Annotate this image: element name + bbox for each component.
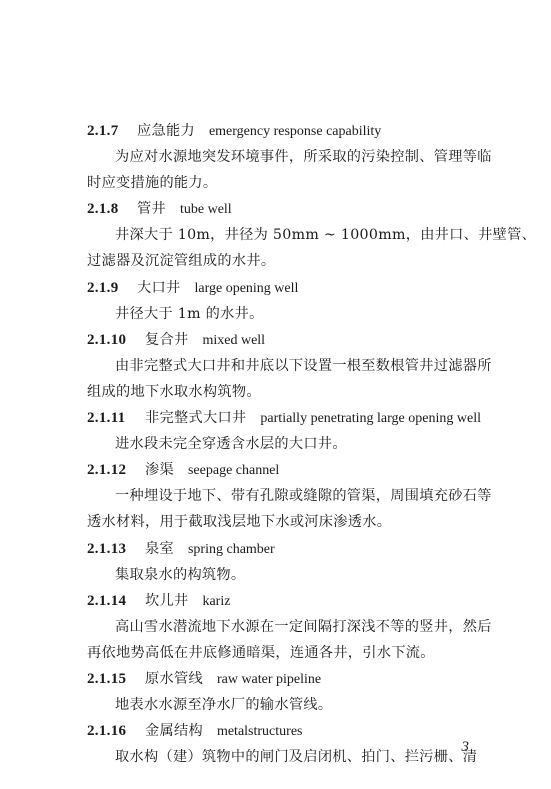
term-english: mixed well — [202, 333, 265, 348]
document-page: 2.1.7应急能力emergency response capability 为… — [87, 118, 475, 770]
term-english: large opening well — [194, 281, 298, 296]
term-english: raw water pipeline — [217, 672, 321, 687]
term-chinese: 金属结构 — [145, 723, 203, 739]
term-number: 2.1.16 — [87, 718, 139, 744]
term-heading: 2.1.13泉室spring chamber — [87, 536, 475, 562]
term-definition: 由非完整式大口井和井底以下设置一根至数根管井过滤器所 — [87, 353, 475, 379]
term-definition: 一种埋设于地下、带有孔隙或缝隙的管渠，周围填充砂石等 — [87, 483, 475, 509]
term-number: 2.1.12 — [87, 457, 139, 483]
term-chinese: 坎儿井 — [145, 593, 188, 609]
term-definition: 取水构（建）筑物中的闸门及启闭机、拍门、拦污栅、清 — [87, 744, 475, 770]
term-english: metalstructures — [217, 724, 303, 739]
term-english: tube well — [180, 202, 232, 217]
term-heading: 2.1.16金属结构metalstructures — [87, 718, 475, 744]
term-number: 2.1.13 — [87, 536, 139, 562]
term-definition: 组成的地下水取水构筑物。 — [87, 379, 475, 405]
term-definition: 再依地势高低在井底修通暗渠，连通各井，引水下流。 — [87, 640, 475, 666]
term-heading: 2.1.15原水管线raw water pipeline — [87, 666, 475, 692]
term-heading: 2.1.14坎儿井kariz — [87, 588, 475, 614]
term-heading: 2.1.9大口井large opening well — [87, 275, 475, 301]
term-english: seepage channel — [188, 463, 279, 478]
term-heading: 2.1.11非完整式大口井partially penetrating large… — [87, 405, 475, 431]
term-number: 2.1.7 — [87, 118, 131, 144]
term-chinese: 原水管线 — [145, 671, 203, 687]
term-definition: 高山雪水潜流地下水源在一定间隔打深浅不等的竖井，然后 — [87, 614, 475, 640]
term-heading: 2.1.8管井tube well — [87, 196, 475, 222]
term-chinese: 泉室 — [145, 541, 174, 557]
term-definition: 井深大于 10m，井径为 50mm ~ 1000mm，由井口、井壁管、 — [87, 222, 475, 248]
term-english: partially penetrating large opening well — [260, 411, 481, 426]
term-number: 2.1.11 — [87, 405, 139, 431]
term-number: 2.1.14 — [87, 588, 139, 614]
term-heading: 2.1.7应急能力emergency response capability — [87, 118, 475, 144]
term-number: 2.1.10 — [87, 327, 139, 353]
term-chinese: 非完整式大口井 — [145, 410, 246, 426]
term-definition: 进水段未完全穿透含水层的大口井。 — [87, 431, 475, 457]
term-chinese: 复合井 — [145, 332, 188, 348]
term-chinese: 渗渠 — [145, 462, 174, 478]
term-definition: 透水材料，用于截取浅层地下水或河床渗透水。 — [87, 509, 475, 535]
term-english: spring chamber — [188, 542, 275, 557]
term-english: kariz — [202, 594, 230, 609]
term-number: 2.1.8 — [87, 196, 131, 222]
term-chinese: 管井 — [137, 201, 166, 217]
page-number: 3 — [462, 739, 470, 756]
term-definition: 地表水水源至净水厂的输水管线。 — [87, 692, 475, 718]
term-number: 2.1.15 — [87, 666, 139, 692]
term-definition: 过滤器及沉淀管组成的水井。 — [87, 248, 475, 274]
term-chinese: 应急能力 — [137, 123, 195, 139]
term-definition: 井径大于 1m 的水井。 — [87, 301, 475, 327]
term-chinese: 大口井 — [137, 280, 180, 296]
term-definition: 时应变措施的能力。 — [87, 170, 475, 196]
term-definition: 集取泉水的构筑物。 — [87, 562, 475, 588]
term-english: emergency response capability — [209, 124, 381, 139]
term-definition: 为应对水源地突发环境事件，所采取的污染控制、管理等临 — [87, 144, 475, 170]
term-number: 2.1.9 — [87, 275, 131, 301]
term-heading: 2.1.12渗渠seepage channel — [87, 457, 475, 483]
term-heading: 2.1.10复合井mixed well — [87, 327, 475, 353]
